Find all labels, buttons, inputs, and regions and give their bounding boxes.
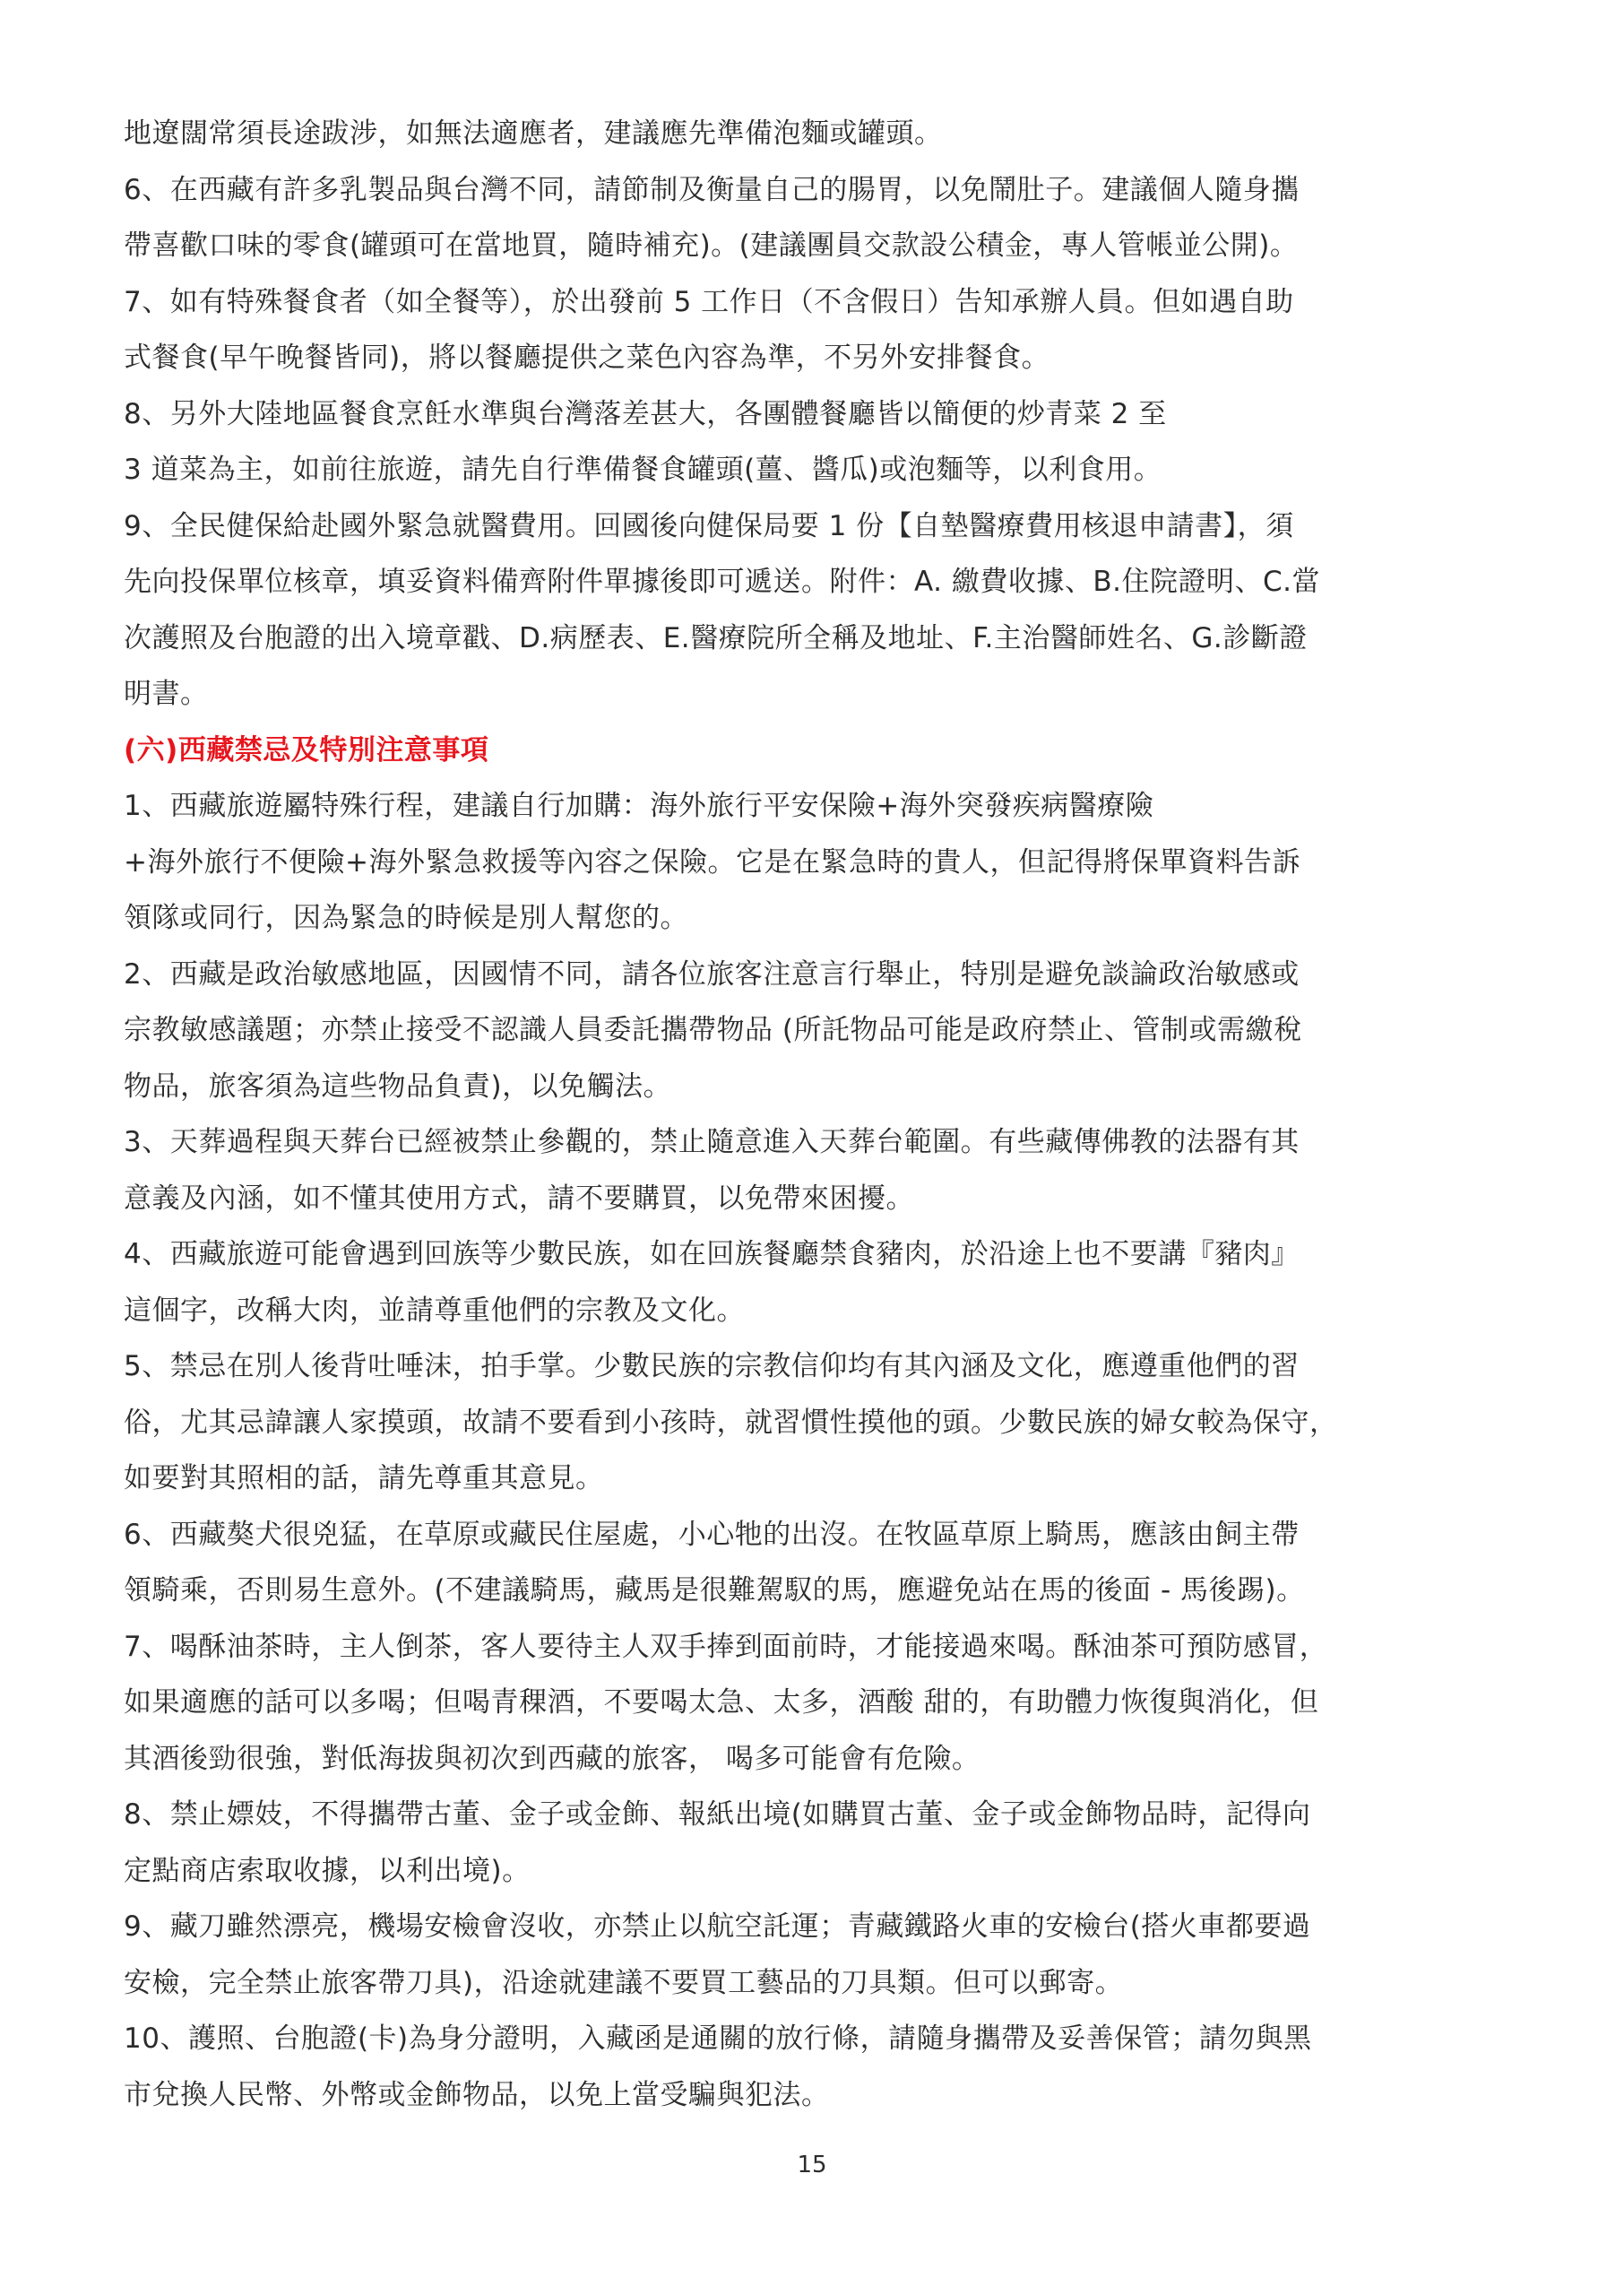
body-line: 3 道菜為主，如前往旅遊，請先自行準備餐食罐頭(薑、醬瓜)或泡麵等，以利食用。: [124, 442, 1522, 498]
body-line: 先向投保單位核章，填妥資料備齊附件單據後即可遞送。附件：A. 繳費收據、B.住院…: [124, 554, 1522, 611]
body-line: 6、在西藏有許多乳製品與台灣不同，請節制及衡量自己的腸胃，以免鬧肚子。建議個人隨…: [124, 162, 1522, 219]
section-line: 10、護照、台胞證(卡)為身分證明，入藏函是通關的放行條，請隨身攜帶及妥善保管；…: [124, 2011, 1522, 2067]
section-line: 6、西藏獒犬很兇猛，在草原或藏民住屋處，小心牠的出沒。在牧區草原上騎馬，應該由飼…: [124, 1507, 1522, 1563]
page-number: 15: [0, 2152, 1624, 2178]
body-line: 9、全民健保給赴國外緊急就醫費用。回國後向健保局要 1 份【自墊醫療費用核退申請…: [124, 498, 1522, 555]
section-line: 市兌換人民幣、外幣或金飾物品，以免上當受騙與犯法。: [124, 2067, 1522, 2124]
body-line: 7、如有特殊餐食者（如全餐等），於出發前 5 工作日（不含假日）告知承辦人員。但…: [124, 274, 1522, 331]
body-line: 明書。: [124, 666, 1522, 723]
section-line: 這個字，改稱大肉，並請尊重他們的宗教及文化。: [124, 1283, 1522, 1339]
section-line: 7、喝酥油茶時，主人倒茶，客人要待主人双手捧到面前時，才能接過來喝。酥油茶可預防…: [124, 1619, 1522, 1676]
document-page: 地遼闊常須長途跋涉，如無法適應者，建議應先準備泡麵或罐頭。 6、在西藏有許多乳製…: [124, 106, 1522, 2123]
section-line: +海外旅行不便險+海外緊急救援等內容之保險。它是在緊急時的貴人，但記得將保單資料…: [124, 835, 1522, 891]
body-line: 8、另外大陸地區餐食烹飪水準與台灣落差甚大，各團體餐廳皆以簡便的炒青菜 2 至: [124, 386, 1522, 443]
section-line: 物品，旅客須為這些物品負責)，以免觸法。: [124, 1059, 1522, 1115]
section-line: 領隊或同行，因為緊急的時候是別人幫您的。: [124, 890, 1522, 947]
section-line: 安檢，完全禁止旅客帶刀具)，沿途就建議不要買工藝品的刀具類。但可以郵寄。: [124, 1955, 1522, 2012]
section-line: 領騎乘，否則易生意外。(不建議騎馬，藏馬是很難駕馭的馬，應避免站在馬的後面 - …: [124, 1563, 1522, 1619]
section-line: 其酒後勁很強，對低海拔與初次到西藏的旅客， 喝多可能會有危險。: [124, 1731, 1522, 1788]
section-line: 意義及內涵，如不懂其使用方式，請不要購買，以免帶來困擾。: [124, 1171, 1522, 1227]
body-line: 帶喜歡口味的零食(罐頭可在當地買，隨時補充)。(建議團員交款設公積金，專人管帳並…: [124, 218, 1522, 274]
section-line: 宗教敏感議題；亦禁止接受不認識人員委託攜帶物品 (所託物品可能是政府禁止、管制或…: [124, 1002, 1522, 1059]
body-line: 地遼闊常須長途跋涉，如無法適應者，建議應先準備泡麵或罐頭。: [124, 106, 1522, 162]
section-line: 如要對其照相的話，請先尊重其意見。: [124, 1451, 1522, 1507]
body-line: 次護照及台胞證的出入境章戳、D.病歷表、E.醫療院所全稱及地址、F.主治醫師姓名…: [124, 611, 1522, 667]
section-line: 5、禁忌在別人後背吐唾沫，拍手掌。少數民族的宗教信仰均有其內涵及文化，應遵重他們…: [124, 1338, 1522, 1395]
section-line: 1、西藏旅遊屬特殊行程，建議自行加購：海外旅行平安保險+海外突發疾病醫療險: [124, 778, 1522, 835]
section-heading: (六)西藏禁忌及特別注意事項: [124, 723, 1522, 779]
section-line: 4、西藏旅遊可能會遇到回族等少數民族，如在回族餐廳禁食豬肉，於沿途上也不要講『豬…: [124, 1226, 1522, 1283]
body-line: 式餐食(早午晚餐皆同)，將以餐廳提供之菜色內容為準，不另外安排餐食。: [124, 330, 1522, 386]
section-line: 定點商店索取收據，以利出境)。: [124, 1843, 1522, 1900]
section-line: 如果適應的話可以多喝；但喝青稞酒，不要喝太急、太多，酒酸 甜的，有助體力恢復與消…: [124, 1675, 1522, 1731]
section-line: 8、禁止嫖妓，不得攜帶古董、金子或金飾、報紙出境(如購買古董、金子或金飾物品時，…: [124, 1787, 1522, 1843]
section-line: 9、藏刀雖然漂亮，機場安檢會沒收，亦禁止以航空託運；青藏鐵路火車的安檢台(搭火車…: [124, 1899, 1522, 1955]
section-line: 俗，尤其忌諱讓人家摸頭，故請不要看到小孩時，就習慣性摸他的頭。少數民族的婦女較為…: [124, 1395, 1522, 1451]
section-line: 3、天葬過程與天葬台已經被禁止參觀的，禁止隨意進入天葬台範圍。有些藏傳佛教的法器…: [124, 1114, 1522, 1171]
section-line: 2、西藏是政治敏感地區，因國情不同，請各位旅客注意言行舉止，特別是避免談論政治敏…: [124, 947, 1522, 1003]
